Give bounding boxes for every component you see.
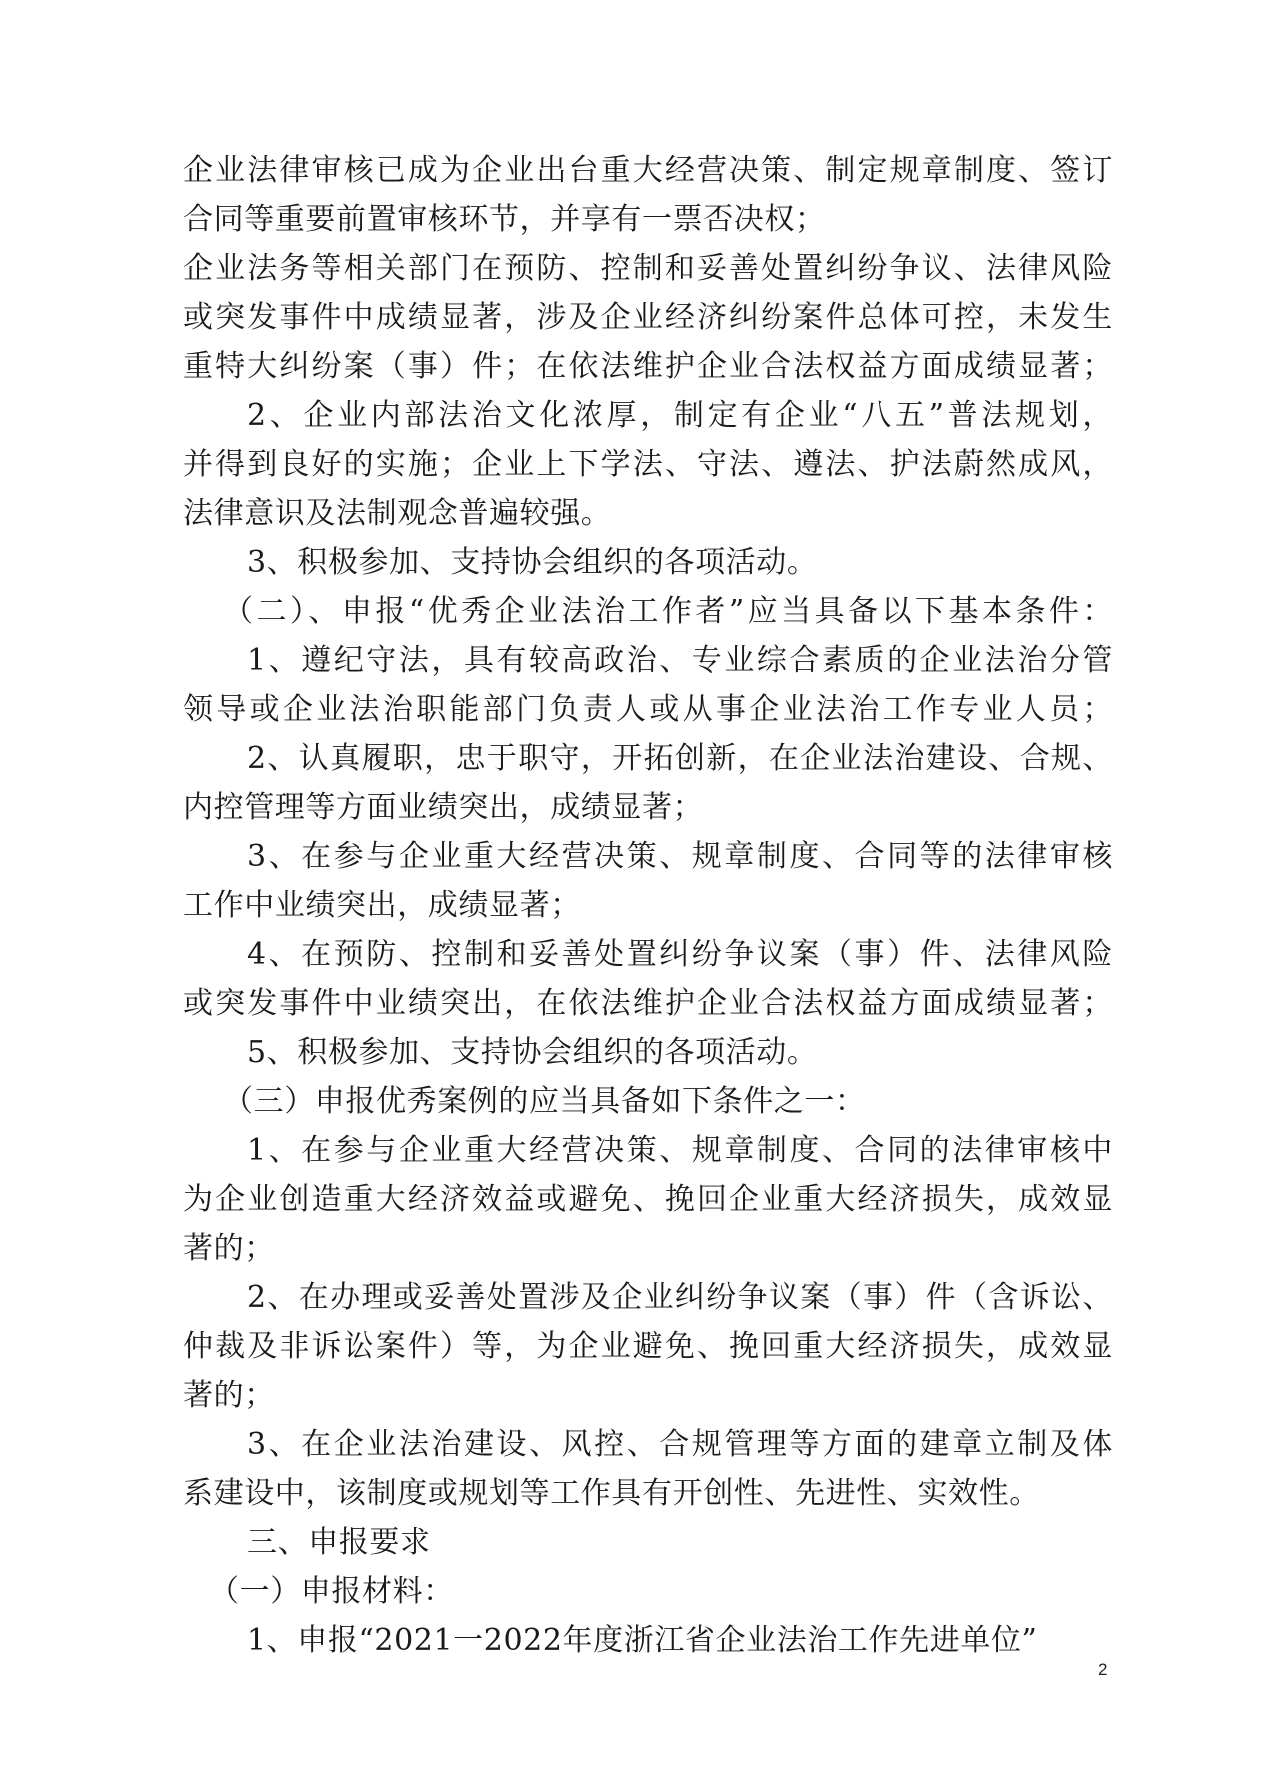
text-line: 4、在预防、控制和妥善处置纠纷争议案（事）件、法律风险 [247, 931, 1113, 979]
text-line: 工作中业绩突出，成绩显著； [183, 882, 1113, 930]
text-line: 内控管理等方面业绩突出，成绩显著； [183, 784, 1113, 832]
text-line: 三、申报要求 [247, 1519, 1113, 1567]
text-line: （二）、申报“优秀企业法治工作者”应当具备以下基本条件： [223, 588, 1113, 636]
text-line: 1、遵纪守法，具有较高政治、专业综合素质的企业法治分管 [247, 637, 1113, 685]
text-line: （三）申报优秀案例的应当具备如下条件之一： [223, 1078, 1113, 1126]
text-line: 领导或企业法治职能部门负责人或从事企业法治工作专业人员； [183, 686, 1113, 734]
text-line: 并得到良好的实施；企业上下学法、守法、遵法、护法蔚然成风， [183, 441, 1113, 489]
document-page: 企业法律审核已成为企业出台重大经营决策、制定规章制度、签订合同等重要前置审核环节… [0, 0, 1284, 1767]
text-line: 法律意识及法制观念普遍较强。 [183, 490, 1113, 538]
text-line: 2、企业内部法治文化浓厚，制定有企业“八五”普法规划， [247, 392, 1113, 440]
text-line: 合同等重要前置审核环节，并享有一票否决权； [183, 196, 1113, 244]
text-line: 著的； [183, 1372, 1113, 1420]
text-line: 3、积极参加、支持协会组织的各项活动。 [247, 539, 1113, 587]
text-line: 2、认真履职，忠于职守，开拓创新，在企业法治建设、合规、 [247, 735, 1113, 783]
text-line: 1、申报“2021一2022年度浙江省企业法治工作先进单位” [247, 1617, 1113, 1665]
text-line: 重特大纠纷案（事）件；在依法维护企业合法权益方面成绩显著； [183, 343, 1113, 391]
text-line: 3、在参与企业重大经营决策、规章制度、合同等的法律审核 [247, 833, 1113, 881]
text-line: 2、在办理或妥善处置涉及企业纠纷争议案（事）件（含诉讼、 [247, 1274, 1113, 1322]
text-line: 系建设中，该制度或规划等工作具有开创性、先进性、实效性。 [183, 1470, 1113, 1518]
text-line: 著的； [183, 1225, 1113, 1273]
text-line: 5、积极参加、支持协会组织的各项活动。 [247, 1029, 1113, 1077]
text-line: 企业法务等相关部门在预防、控制和妥善处置纠纷争议、法律风险 [183, 245, 1113, 293]
page-number: 2 [1098, 1660, 1107, 1680]
text-line: 仲裁及非诉讼案件）等，为企业避免、挽回重大经济损失，成效显 [183, 1323, 1113, 1371]
text-line: 或突发事件中成绩显著，涉及企业经济纠纷案件总体可控，未发生 [183, 294, 1113, 342]
text-line: 3、在企业法治建设、风控、合规管理等方面的建章立制及体 [247, 1421, 1113, 1469]
text-line: （一）申报材料： [209, 1568, 1113, 1616]
text-line: 企业法律审核已成为企业出台重大经营决策、制定规章制度、签订 [183, 147, 1113, 195]
text-line: 或突发事件中业绩突出，在依法维护企业合法权益方面成绩显著； [183, 980, 1113, 1028]
text-line: 为企业创造重大经济效益或避免、挽回企业重大经济损失，成效显 [183, 1176, 1113, 1224]
text-line: 1、在参与企业重大经营决策、规章制度、合同的法律审核中 [247, 1127, 1113, 1175]
